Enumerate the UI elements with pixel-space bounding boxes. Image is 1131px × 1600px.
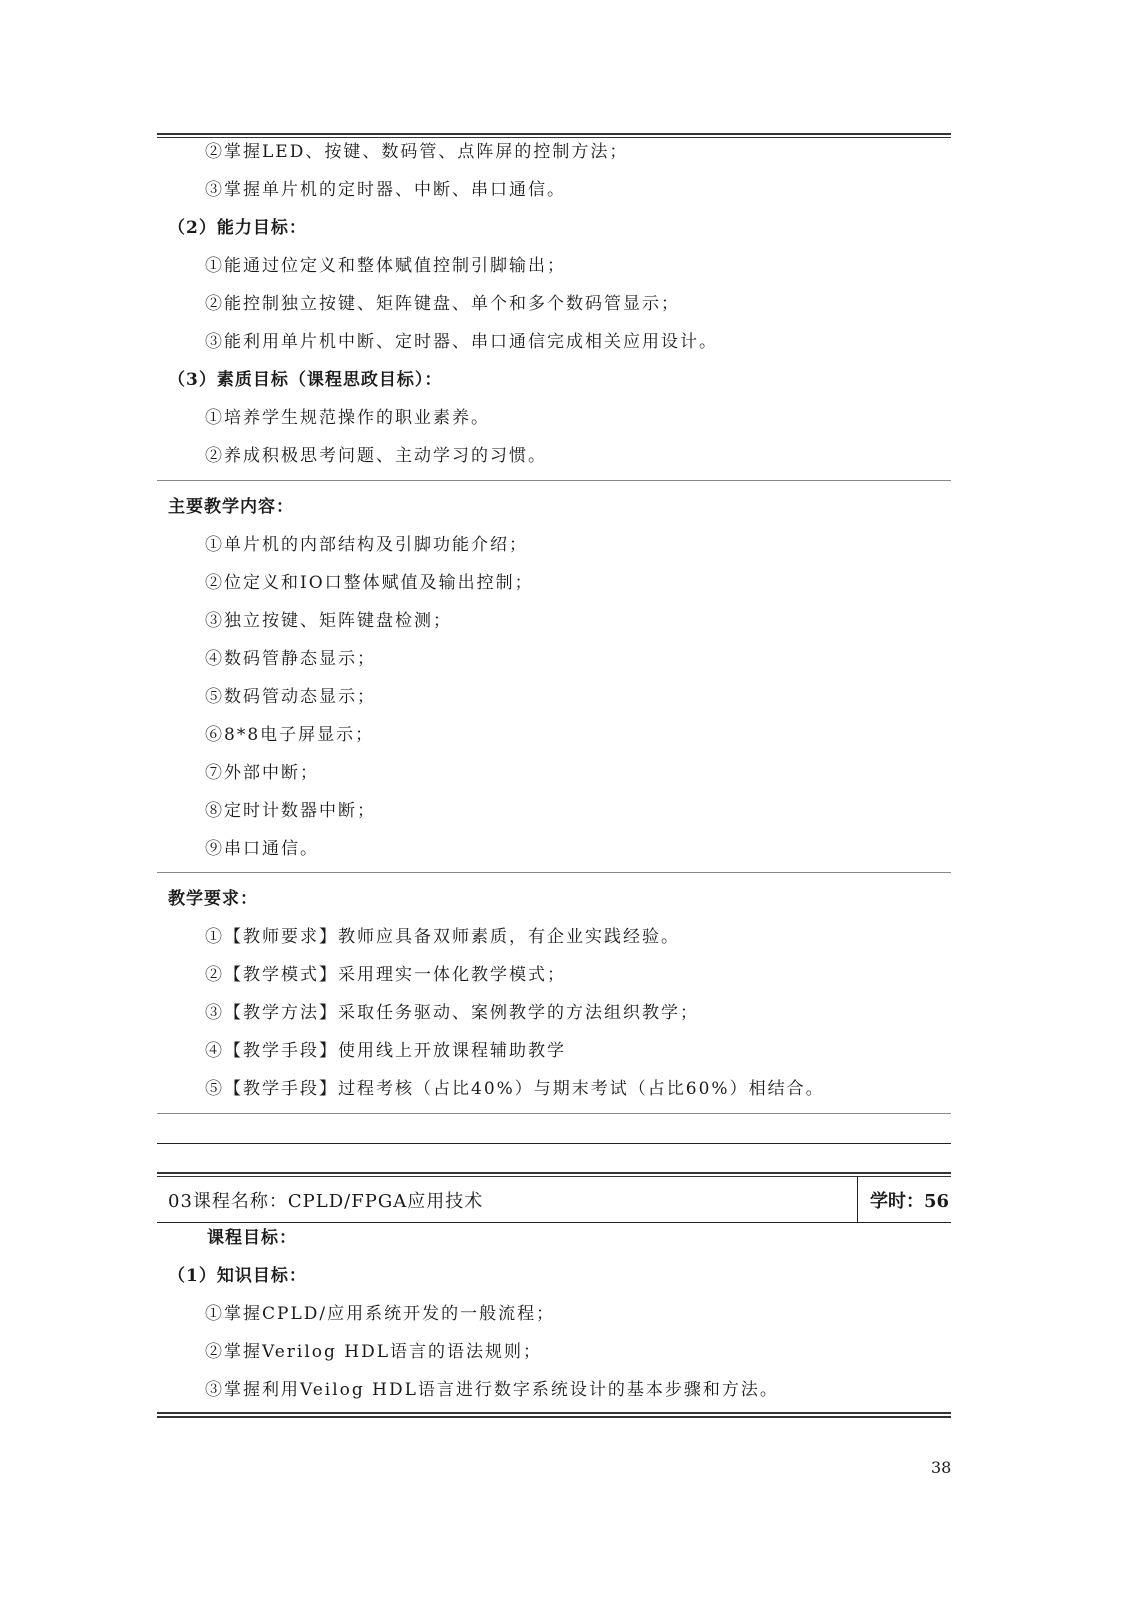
- knowledge-goal-item: ③掌握利用Veilog HDL语言进行数字系统设计的基本步骤和方法。: [205, 1379, 779, 1401]
- course-hours-cell: 学时：56: [857, 1176, 952, 1222]
- requirements-heading: 教学要求：: [168, 888, 258, 910]
- document-page: ②掌握LED、按键、数码管、点阵屏的控制方法； ③掌握单片机的定时器、中断、串口…: [0, 0, 1131, 1600]
- knowledge-goal-item: ②掌握Verilog HDL语言的语法规则；: [205, 1341, 542, 1363]
- content-item: ①单片机的内部结构及引脚功能介绍；: [205, 534, 528, 556]
- course-goals-heading: 课程目标：: [207, 1227, 297, 1249]
- quality-goal-item: ①培养学生规范操作的职业素养。: [205, 407, 490, 429]
- table-separator: [157, 1143, 951, 1144]
- table-bottom-border: [157, 1412, 951, 1418]
- page-number: 38: [931, 1458, 951, 1477]
- table-bottom-border: [157, 1113, 951, 1114]
- course-hours: 学时：56: [870, 1187, 949, 1213]
- main-content-heading: 主要教学内容：: [168, 496, 294, 518]
- requirement-item: ⑤【教学手段】过程考核（占比40%）与期末考试（占比60%）相结合。: [205, 1078, 825, 1100]
- content-item: ⑨串口通信。: [205, 838, 319, 860]
- quality-goals-heading: （3）素质目标（课程思政目标）：: [168, 369, 442, 391]
- knowledge-goals-heading: （1）知识目标：: [168, 1265, 307, 1287]
- quality-goal-item: ②养成积极思考问题、主动学习的习惯。: [205, 445, 547, 467]
- content-item: ⑤数码管动态显示；: [205, 686, 376, 708]
- content-item: ②位定义和IO口整体赋值及输出控制；: [205, 572, 534, 594]
- knowledge-goal-item: ①掌握CPLD/应用系统开发的一般流程；: [205, 1303, 555, 1325]
- requirement-item: ①【教师要求】教师应具备双师素质，有企业实践经验。: [205, 926, 680, 948]
- content-item: ③独立按键、矩阵键盘检测；: [205, 610, 452, 632]
- content-item: ⑦外部中断；: [205, 762, 319, 784]
- course-title-row: 03课程名称：CPLD/FPGA应用技术 学时：56: [157, 1176, 951, 1223]
- ability-goal-item: ③能利用单片机中断、定时器、串口通信完成相关应用设计。: [205, 331, 718, 353]
- ability-goal-item: ①能通过位定义和整体赋值控制引脚输出；: [205, 255, 566, 277]
- content-item: ⑧定时计数器中断；: [205, 800, 376, 822]
- requirement-item: ②【教学模式】采用理实一体化教学模式；: [205, 964, 566, 986]
- content-item: ⑥8*8电子屏显示；: [205, 724, 374, 746]
- course-title: 03课程名称：CPLD/FPGA应用技术: [168, 1187, 483, 1213]
- knowledge-goal-item: ③掌握单片机的定时器、中断、串口通信。: [205, 179, 566, 201]
- content-item: ④数码管静态显示；: [205, 648, 376, 670]
- ability-goal-item: ②能控制独立按键、矩阵键盘、单个和多个数码管显示；: [205, 293, 680, 315]
- ability-goals-heading: （2）能力目标：: [168, 217, 307, 239]
- section-divider: [157, 480, 951, 481]
- requirement-item: ④【教学手段】使用线上开放课程辅助教学: [205, 1040, 566, 1062]
- table-top-border: [157, 133, 951, 138]
- knowledge-goal-item: ②掌握LED、按键、数码管、点阵屏的控制方法；: [205, 141, 628, 163]
- section-divider: [157, 872, 951, 873]
- requirement-item: ③【教学方法】采取任务驱动、案例教学的方法组织教学；: [205, 1002, 699, 1024]
